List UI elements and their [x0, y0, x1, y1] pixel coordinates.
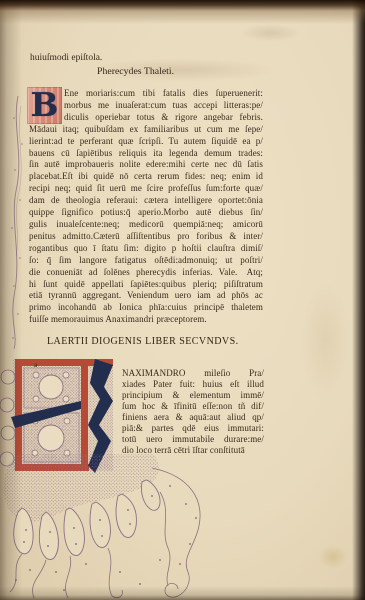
- text-line: Mādaui itaq; quibuſdam ex familiaribus u…: [29, 124, 263, 136]
- rubricator-guide-letter: a: [34, 361, 37, 369]
- running-header-note: huiuſmodi epiſtola.: [30, 53, 102, 63]
- chapter-paragraph: NAXIMANDRO mileſio Pra/ xiades Pater fui…: [122, 368, 264, 456]
- text-line: bauens cū ſapiētibus reliquis ita legend…: [29, 148, 263, 160]
- foliage-ornament: [0, 452, 240, 600]
- text-line: quippe ſignifico potius:q̄ aperio.Morbo …: [29, 207, 263, 219]
- text-line: ſin autē improbaueris nolite edere:mihi …: [29, 159, 263, 171]
- text-line: finiens aera & aquā:aut aliud qp/: [122, 412, 264, 423]
- text-line: rogantibus quo ī ſtatu ſim: digito p hoſ…: [29, 243, 263, 255]
- text-line: hi ſunt quidē appellati ſapiētes:quibus …: [29, 279, 263, 291]
- text-line: diculis operiebar totus & rigore angebar…: [64, 112, 263, 124]
- text-line: totū uero immutabile durare:me/: [122, 434, 264, 445]
- text-line: penitus admitto.Cæterū aſſiſtentibus pro…: [29, 231, 263, 243]
- text-line: NAXIMANDRO mileſio Pra/: [122, 368, 264, 379]
- illuminated-initial-b: B: [27, 87, 62, 124]
- initial-b-letter: B: [27, 87, 62, 124]
- text-line: xiades Pater fuit: huius eſt illud: [122, 379, 264, 390]
- margin-vine: [2, 96, 32, 351]
- text-line: piā:& partes qdē eius immutari:: [122, 423, 264, 434]
- text-line: primo incohandū ab Ionica phīa:cuius pri…: [29, 302, 263, 314]
- text-line: placebat.Eſt ibi quidē nō certa rerum fi…: [29, 171, 263, 183]
- epistle-title: Pherecydes Thaleti.: [97, 66, 174, 77]
- text-line: lierint:ad te perferant quæ ſcripſi. Tu …: [29, 136, 263, 148]
- epistle-paragraph: Ene moriaris:cum tibi fatalis dies ſuper…: [29, 88, 263, 326]
- text-line: ſo: q̄ ſim langore fatigatus oſtēdi:admo…: [29, 255, 263, 267]
- text-line: dam de theologia referaui: cætera intell…: [29, 195, 263, 207]
- text-line: die conueniāt ad ſolēnes pherecydis infe…: [29, 267, 263, 279]
- text-line: morbus me inuaſerat:cum tuas accepi litt…: [64, 100, 263, 112]
- text-line: ſum hoc & īfinitū eſſe:non tñ dif/: [122, 401, 264, 412]
- text-line: principium & elementum immē/: [122, 390, 264, 401]
- text-line: fuiſſe memorauimus Anaximandri præceptor…: [29, 314, 263, 326]
- text-line: gulis inualeſcente:neq; medicorū quempiā…: [29, 219, 263, 231]
- text-line: Ene moriaris:cum tibi fatalis dies ſuper…: [64, 88, 263, 100]
- book-page: huiuſmodi epiſtola. Pherecydes Thaleti. …: [0, 0, 365, 600]
- text-line: etiā tyrannū aggregant. Veniendum uero i…: [29, 290, 263, 302]
- text-line: recipi neq; quid ſit uerū me ſcire profe…: [29, 183, 263, 195]
- book-heading: LAERTII DIOGENIS LIBER SECVNDVS.: [47, 336, 239, 347]
